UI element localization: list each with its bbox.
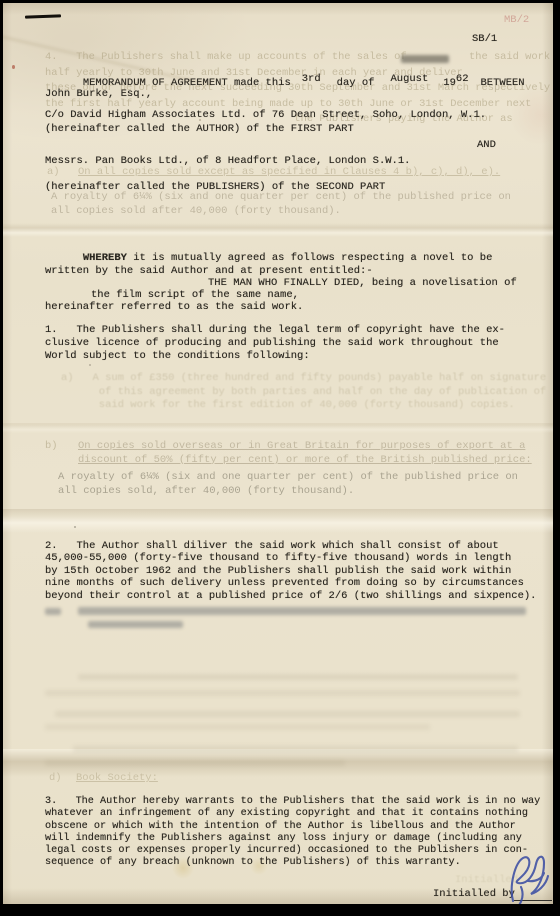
memo-year-filled: 62 bbox=[456, 73, 469, 85]
photographed-document: 4. The Publishers shall make up accounts… bbox=[0, 0, 560, 916]
memo-day-of: day of bbox=[337, 77, 375, 89]
work-title-line-3: hereinafter referred to as the said work… bbox=[45, 301, 303, 314]
clause-2-paragraph: 2. The Author shall diliver the said wor… bbox=[45, 540, 536, 602]
ref-code-faint: MB/2 bbox=[504, 14, 529, 27]
erased-line-smudge bbox=[45, 608, 61, 615]
paper-speck bbox=[12, 65, 15, 69]
ghost-book-society-label: d) bbox=[49, 772, 62, 785]
handwritten-dash-mark bbox=[25, 14, 61, 18]
paper-speck bbox=[199, 119, 201, 121]
ghost-advance-clause: a) A sum of £350 (three hundred and fift… bbox=[61, 372, 553, 413]
memo-day-filled: 3rd bbox=[302, 73, 321, 85]
fold-crease bbox=[3, 423, 553, 433]
faded-text-trace bbox=[78, 674, 518, 680]
clause-3-paragraph: 3. The Author hereby warrants to the Pub… bbox=[45, 796, 540, 870]
paper-sheet: 4. The Publishers shall make up accounts… bbox=[3, 3, 553, 904]
faded-text-trace bbox=[73, 746, 518, 752]
ref-code: SB/1 bbox=[472, 33, 497, 46]
publisher-part-line: (hereinafter called the PUBLISHERS) of t… bbox=[45, 181, 385, 194]
faded-text-trace bbox=[45, 760, 345, 766]
clause-1-paragraph: 1. The Publishers shall during the legal… bbox=[45, 324, 505, 364]
author-name-line: John Burke, Esq., bbox=[45, 88, 152, 101]
faded-text-trace bbox=[45, 690, 520, 696]
memo-between: BETWEEN bbox=[481, 77, 525, 89]
memo-year-prefix: 19 bbox=[443, 77, 456, 89]
signature-initials bbox=[497, 851, 553, 904]
paper-speck bbox=[89, 364, 91, 366]
paper-speck bbox=[74, 526, 76, 528]
whereby-word: WHEREBY bbox=[83, 252, 127, 264]
ink-smudge bbox=[401, 55, 449, 63]
fold-crease bbox=[3, 509, 553, 533]
faded-text-trace bbox=[45, 724, 430, 730]
fold-crease bbox=[3, 223, 553, 237]
publisher-line: Messrs. Pan Books Ltd., of 8 Headfort Pl… bbox=[45, 155, 410, 168]
memo-month-filled: August bbox=[390, 73, 428, 85]
erased-line-smudge bbox=[78, 607, 526, 615]
author-address: C/o David Higham Associates Ltd. of 76 D… bbox=[45, 108, 486, 136]
ghost-book-society: Book Society: bbox=[76, 772, 158, 785]
and-label: AND bbox=[477, 139, 496, 152]
ghost-export-royalty: A royalty of 6¼% (six and one quarter pe… bbox=[58, 471, 518, 499]
ghost-royalty-a-text: A royalty of 6¼% (six and one quarter pe… bbox=[51, 191, 511, 218]
ghost-export-label: b) bbox=[45, 440, 58, 453]
ghost-export-clause: On copies sold overseas or in Great Brit… bbox=[78, 440, 532, 468]
erased-line-smudge bbox=[88, 621, 183, 628]
faded-text-trace bbox=[55, 711, 520, 717]
